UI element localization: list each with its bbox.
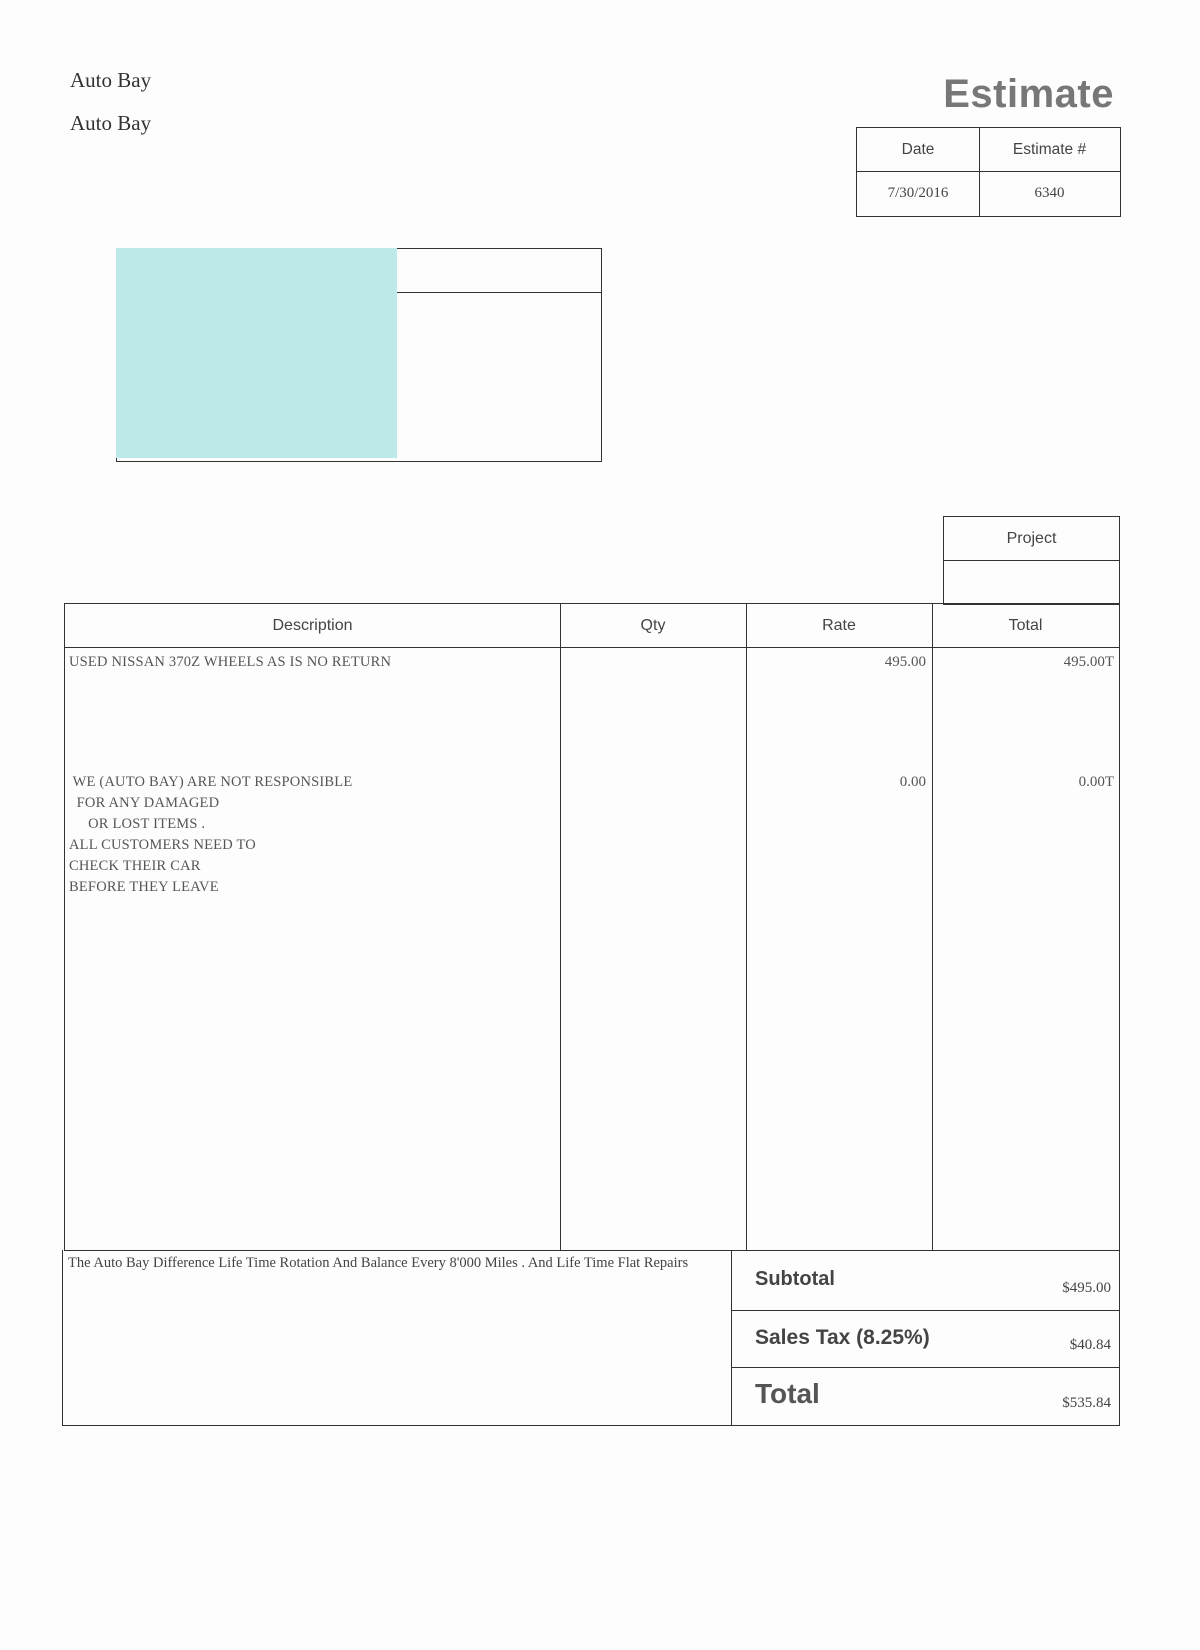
date-value: 7/30/2016 [857,171,979,216]
company-name-secondary: Auto Bay [70,111,151,136]
footer-note: The Auto Bay Difference Life Time Rotati… [68,1253,718,1273]
project-label: Project [944,517,1119,560]
total-label: Total [755,1378,820,1410]
item-total: 495.00T [932,654,1114,671]
item-description: USED NISSAN 370Z WHEELS AS IS NO RETURN [69,652,391,673]
subtotal-value: $495.00 [963,1280,1111,1297]
subtotal-label: Subtotal [755,1268,835,1291]
project-value [944,560,1119,604]
rate-header: Rate [746,604,932,647]
project-box: Project [943,516,1120,605]
estimate-number-header: Estimate # [979,128,1120,171]
total-value: $535.84 [963,1395,1111,1412]
item-rate: 0.00 [746,774,926,791]
document-title: Estimate [943,72,1114,117]
total-header: Total [932,604,1119,647]
line-items-table: Description Qty Rate Total USED NISSAN 3… [64,603,1120,1251]
item-description: WE (AUTO BAY) ARE NOT RESPONSIBLE FOR AN… [69,772,352,898]
description-header: Description [65,604,560,647]
estimate-meta-table: Date Estimate # 7/30/2016 6340 [856,127,1121,217]
address-block [116,248,602,462]
footer-section: The Auto Bay Difference Life Time Rotati… [62,1250,1120,1426]
sales-tax-label: Sales Tax (8.25%) [755,1326,930,1350]
sales-tax-value: $40.84 [963,1337,1111,1354]
item-total: 0.00T [932,774,1114,791]
date-header: Date [857,128,979,171]
item-rate: 495.00 [746,654,926,671]
qty-header: Qty [560,604,746,647]
redaction-patch [116,248,397,458]
estimate-number-value: 6340 [979,171,1120,216]
company-name: Auto Bay [70,68,151,93]
